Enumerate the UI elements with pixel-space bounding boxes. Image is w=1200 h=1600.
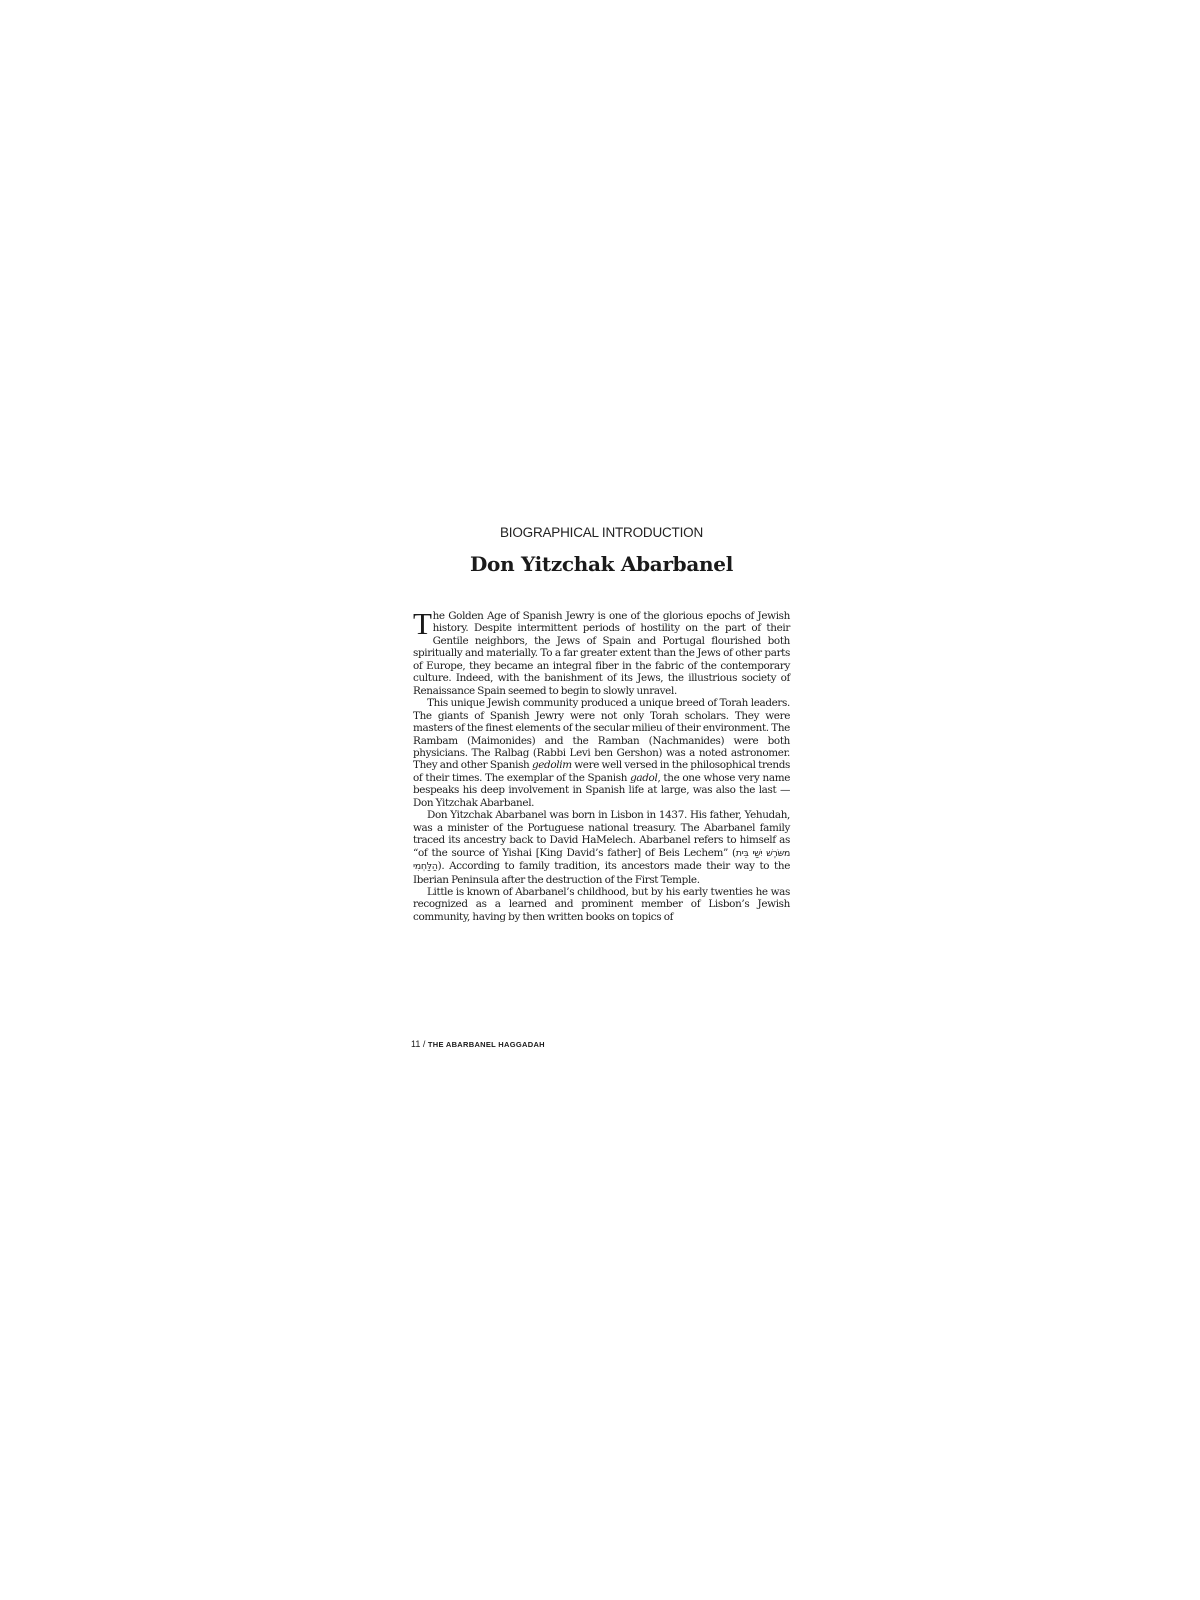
paragraph-3-text-1: Don Yitzchak Abarbanel was born in Lisbo… xyxy=(413,809,790,858)
paragraph-4: Little is known of Abarbanel’s childhood… xyxy=(413,886,790,923)
paragraph-1: The Golden Age of Spanish Jewry is one o… xyxy=(413,610,790,697)
paragraph-2: This unique Jewish community produced a … xyxy=(413,697,790,809)
body-text: The Golden Age of Spanish Jewry is one o… xyxy=(413,610,790,923)
page-number: 11 xyxy=(411,1039,420,1049)
page-footer: 11 / THE ABARBANEL HAGGADAH xyxy=(411,1039,545,1049)
section-label: BIOGRAPHICAL INTRODUCTION xyxy=(413,525,790,540)
paragraph-4-text: Little is known of Abarbanel’s childhood… xyxy=(413,886,790,923)
paragraph-1-text: he Golden Age of Spanish Jewry is one of… xyxy=(413,610,790,697)
paragraph-3: Don Yitzchak Abarbanel was born in Lisbo… xyxy=(413,809,790,886)
footer-separator: / xyxy=(420,1039,428,1049)
chapter-title: Don Yitzchak Abarbanel xyxy=(413,552,790,576)
italic-term-gedolim: gedolim xyxy=(532,759,572,771)
italic-term-gadol: gadol xyxy=(630,772,657,784)
paragraph-3-text-2: ). According to family tradition, its an… xyxy=(413,860,790,885)
running-footer-title: THE ABARBANEL HAGGADAH xyxy=(428,1040,545,1049)
drop-cap: T xyxy=(413,612,432,636)
